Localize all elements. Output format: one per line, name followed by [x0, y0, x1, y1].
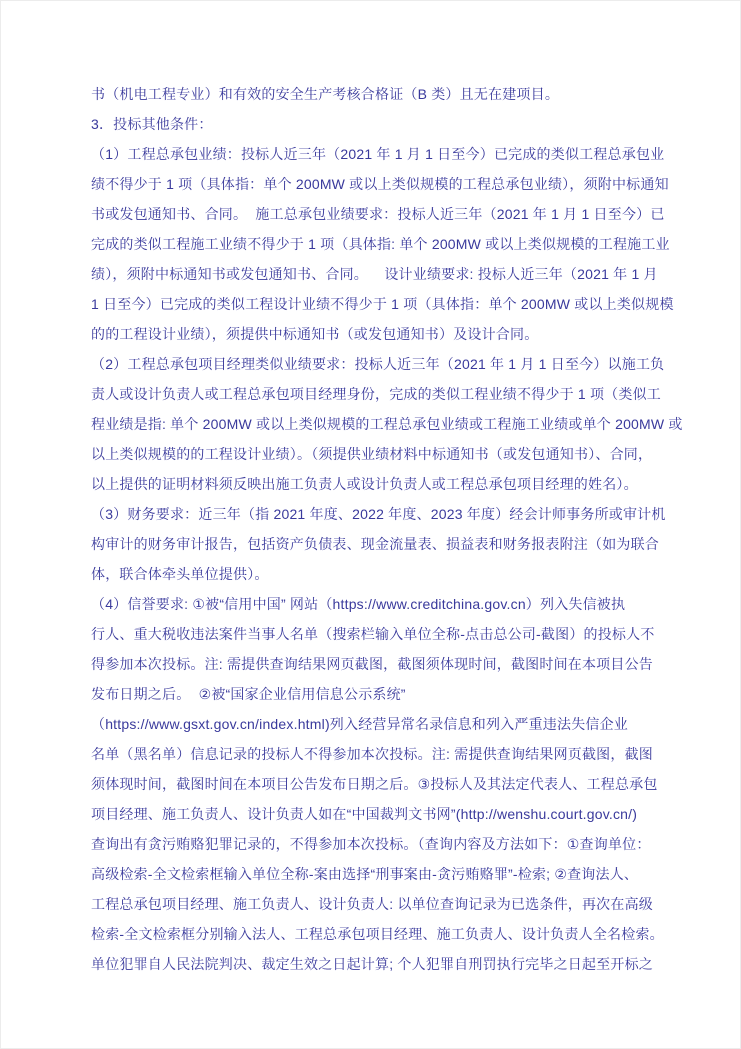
document-line: 3．投标其他条件：	[91, 109, 654, 139]
document-line: （https://www.gsxt.gov.cn/index.html)列入经营…	[91, 709, 654, 739]
document-line: 1 日至今）已完成的类似工程设计业绩不得少于 1 项（具体指：单个 200MW …	[91, 289, 654, 319]
document-line: 工程总承包项目经理、施工负责人、设计负责人: 以单位查询记录为已选条件，再次在高…	[91, 889, 654, 919]
document-line: 项目经理、施工负责人、设计负责人如在“中国裁判文书网”(http://wensh…	[91, 799, 654, 829]
document-line: 体，联合体牵头单位提供）。	[91, 559, 654, 589]
document-line: 名单（黑名单）信息记录的投标人不得参加本次投标。注: 需提供查询结果网页截图，截…	[91, 739, 654, 769]
document-line: 查询出有贪污贿赂犯罪记录的，不得参加本次投标。（查询内容及方法如下：①查询单位：	[91, 829, 654, 859]
document-line: 单位犯罪自人民法院判决、裁定生效之日起计算; 个人犯罪自刑罚执行完毕之日起至开标…	[91, 949, 654, 979]
document-line: 须体现时间，截图时间在本项目公告发布日期之后。③投标人及其法定代表人、工程总承包	[91, 769, 654, 799]
document-line: 程业绩是指: 单个 200MW 或以上类似规模的工程总承包业绩或工程施工业绩或单…	[91, 409, 654, 439]
document-line: 构审计的财务审计报告，包括资产负债表、现金流量表、损益表和财务报表附注（如为联合	[91, 529, 654, 559]
document-line: 完成的类似工程施工业绩不得少于 1 项（具体指: 单个 200MW 或以上类似规…	[91, 229, 654, 259]
document-line: 书（机电工程专业）和有效的安全生产考核合格证（B 类）且无在建项目。	[91, 79, 654, 109]
document-line: 绩不得少于 1 项（具体指：单个 200MW 或以上类似规模的工程总承包业绩），…	[91, 169, 654, 199]
document-line: （2）工程总承包项目经理类似业绩要求：投标人近三年（2021 年 1 月 1 日…	[91, 349, 654, 379]
document-page: 书（机电工程专业）和有效的安全生产考核合格证（B 类）且无在建项目。 3．投标其…	[0, 0, 741, 1049]
document-background: { "page": { "text_color": "#3a3a9c", "ba…	[0, 0, 741, 1049]
document-line: 绩），须附中标通知书或发包通知书、合同。 设计业绩要求: 投标人近三年（2021…	[91, 259, 654, 289]
document-line: （3）财务要求：近三年（指 2021 年度、2022 年度、2023 年度）经会…	[91, 499, 654, 529]
document-line: 责人或设计负责人或工程总承包项目经理身份，完成的类似工程业绩不得少于 1 项（类…	[91, 379, 654, 409]
document-line: 得参加本次投标。注: 需提供查询结果网页截图，截图须体现时间，截图时间在本项目公…	[91, 649, 654, 679]
document-line: 检索-全文检索框分别输入法人、工程总承包项目经理、施工负责人、设计负责人全名检索…	[91, 919, 654, 949]
document-line: 以上提供的证明材料须反映出施工负责人或设计负责人或工程总承包项目经理的姓名）。	[91, 469, 654, 499]
document-line: 高级检索-全文检索框输入单位全称-案由选择“刑事案由-贪污贿赂罪”-检索; ②查…	[91, 859, 654, 889]
document-line: （1）工程总承包业绩：投标人近三年（2021 年 1 月 1 日至今）已完成的类…	[91, 139, 654, 169]
document-line: 书或发包通知书、合同。 施工总承包业绩要求：投标人近三年（2021 年 1 月 …	[91, 199, 654, 229]
document-line: 行人、重大税收违法案件当事人名单（搜索栏输入单位全称-点击总公司-截图）的投标人…	[91, 619, 654, 649]
document-line: 的的工程设计业绩），须提供中标通知书（或发包通知书）及设计合同。	[91, 319, 654, 349]
document-line: 以上类似规模的的工程设计业绩）。（须提供业绩材料中标通知书（或发包通知书）、合同…	[91, 439, 654, 469]
document-line: 发布日期之后。 ②被“国家企业信用信息公示系统”	[91, 679, 654, 709]
document-line: （4）信誉要求: ①被“信用中国” 网站（https://www.creditc…	[91, 589, 654, 619]
